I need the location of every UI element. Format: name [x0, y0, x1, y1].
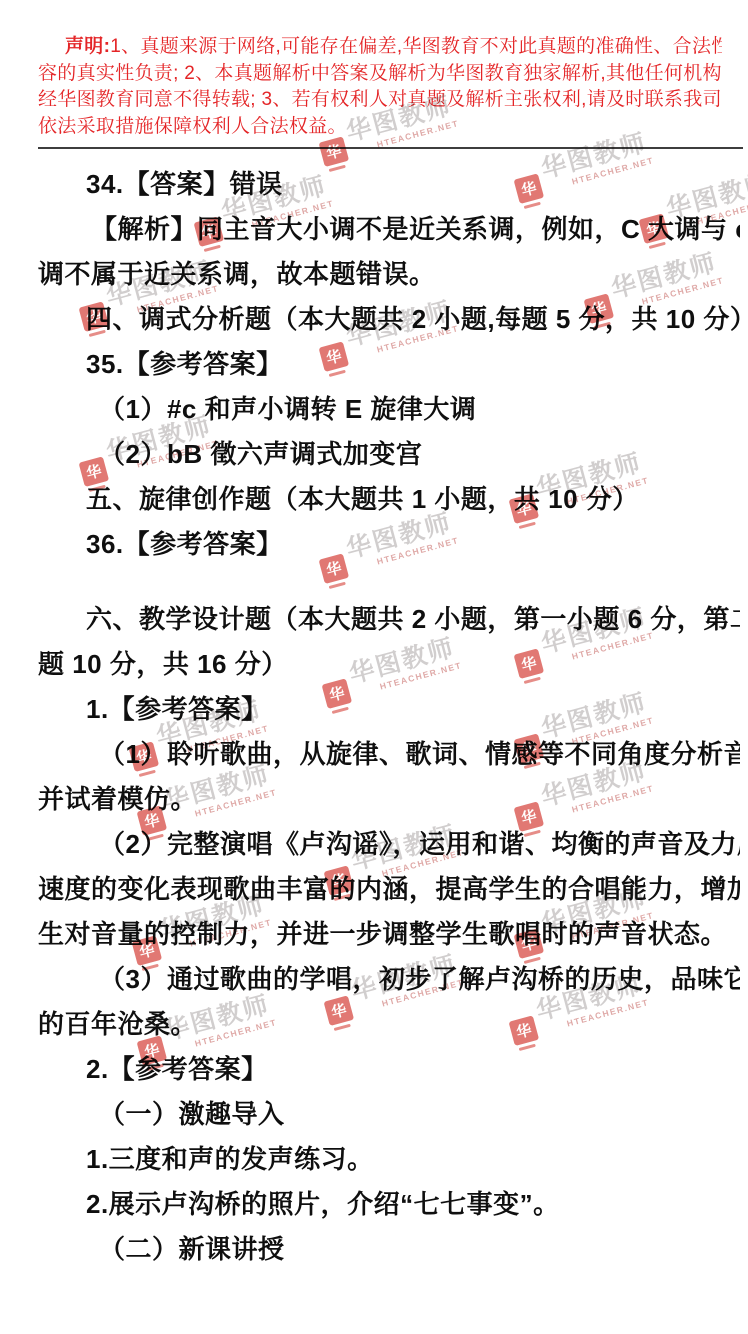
text-line: 2.展示卢沟桥的照片，介绍“七七事变”。 [38, 1180, 740, 1225]
disclaimer-line: 容的真实性负责; 2、本真题解析中答案及解析为华图教育独家解析,其他任何机构及个… [38, 61, 722, 88]
text-line: 生对音量的控制力，并进一步调整学生歌唱时的声音状态。 [38, 910, 740, 955]
disclaimer: 声明:1、真题来源于网络,可能存在偏差,华图教育不对此真题的准确性、合法性以及内… [38, 34, 722, 140]
text-line: 速度的变化表现歌曲丰富的内涵，提高学生的合唱能力，增加学 [38, 865, 740, 910]
blank-spacer [38, 565, 740, 595]
text-line: 1.三度和声的发声练习。 [38, 1135, 740, 1180]
disclaimer-line: 声明:1、真题来源于网络,可能存在偏差,华图教育不对此真题的准确性、合法性以及内 [38, 34, 722, 61]
answer-content: 34.【答案】错误【解析】同主音大小调不是近关系调，例如，C 大调与 c 小调不… [38, 160, 740, 1270]
text-line: 并试着模仿。 [38, 775, 740, 820]
text-line: 六、教学设计题（本大题共 2 小题，第一小题 6 分，第二小 [38, 595, 740, 640]
document-page: 华华图教师HTEACHER.NET华华图教师HTEACHER.NET华华图教师H… [0, 0, 748, 1334]
text-line: 【解析】同主音大小调不是近关系调，例如，C 大调与 c 小 [38, 205, 740, 250]
text-line: 五、旋律创作题（本大题共 1 小题，共 10 分） [38, 475, 740, 520]
text-line: （3）通过歌曲的学唱，初步了解卢沟桥的历史，品味它经历 [38, 955, 740, 1000]
text-line: 34.【答案】错误 [38, 160, 740, 205]
text-line: 题 10 分，共 16 分） [38, 640, 740, 685]
text-line: （二）新课讲授 [38, 1225, 740, 1270]
disclaimer-label: 声明: [65, 36, 110, 57]
disclaimer-line: 经华图教育同意不得转载; 3、若有权利人对真题及解析主张权利,请及时联系我司,我… [38, 87, 722, 114]
text-line: 1.【参考答案】 [38, 685, 740, 730]
text-line: 36.【参考答案】 [38, 520, 740, 565]
disclaimer-line: 依法采取措施保障权利人合法权益。 [38, 114, 722, 141]
text-line: 35.【参考答案】 [38, 340, 740, 385]
text-line: （1）聆听歌曲，从旋律、歌词、情感等不同角度分析音乐， [38, 730, 740, 775]
text-line: （1）#c 和声小调转 E 旋律大调 [38, 385, 740, 430]
text-line: （一）激趣导入 [38, 1090, 740, 1135]
text-line: 2.【参考答案】 [38, 1045, 740, 1090]
text-line: 的百年沧桑。 [38, 1000, 740, 1045]
text-line: （2）完整演唱《卢沟谣》，运用和谐、均衡的声音及力度、 [38, 820, 740, 865]
text-line: 四、调式分析题（本大题共 2 小题,每题 5 分，共 10 分） [38, 295, 740, 340]
text-line: 调不属于近关系调，故本题错误。 [38, 250, 740, 295]
text-line: （2）bB 徵六声调式加变宫 [38, 430, 740, 475]
divider-line [38, 147, 743, 149]
